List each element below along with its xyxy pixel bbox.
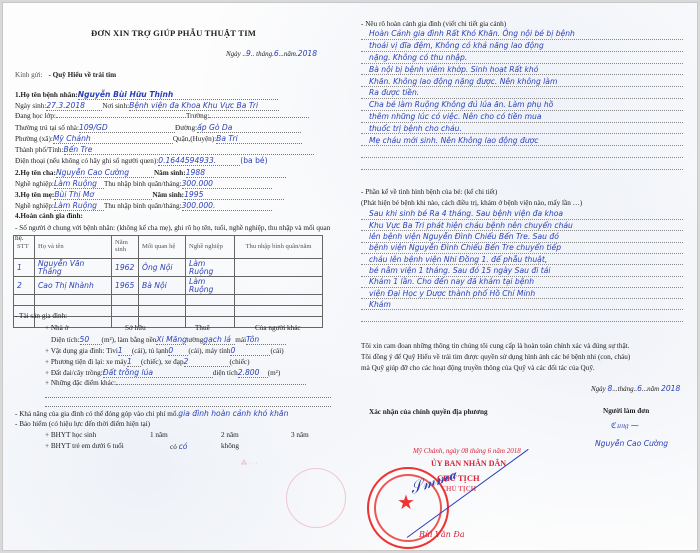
circumstances-line: Khăn. Không lao động nặng được. Nên khôn… bbox=[361, 75, 683, 87]
circumstances-line: Hoàn Cảnh gia đình Rất Khó Khăn. Ông nội… bbox=[361, 28, 683, 40]
fridge-count: 0 bbox=[168, 347, 188, 356]
circumstances-line bbox=[361, 146, 683, 158]
applicant-label: Người làm đơn bbox=[603, 408, 649, 415]
patient-city: Bến Tre bbox=[64, 146, 314, 155]
applicant-name: Nguyễn Cao Cường bbox=[595, 440, 668, 448]
mother-name: Bùi Thị Mơ bbox=[54, 191, 152, 200]
house-option-others: Của người khác bbox=[255, 325, 301, 332]
circumstances-text: Hoàn Cảnh gia đình Rất Khó Khăn. Ông nội… bbox=[369, 30, 575, 38]
circumstances-text: Bà nội bị bệnh viêm khớp. Sinh hoạt Rất … bbox=[369, 66, 538, 74]
col-birth-year: Năm sinh bbox=[112, 236, 139, 259]
illness-line: viện Đại Học y Dược thành phố Hồ Chí Min… bbox=[361, 287, 683, 299]
form-date: Ngày ..9.. tháng.6...năm.2018 bbox=[226, 50, 317, 58]
assets-label: - Tài sản gia đình: bbox=[15, 313, 67, 320]
mother-birth-year: 1995 bbox=[184, 191, 284, 200]
phone-row: Điện thoại (nếu không có hãy ghi số ngườ… bbox=[15, 157, 268, 166]
date-year: 2018 bbox=[298, 49, 317, 58]
illness-label: - Phần kể về tình hình bệnh của bé: (kể … bbox=[361, 189, 497, 196]
col-income: Thu nhập bình quân/năm bbox=[235, 236, 323, 259]
patient-address: 109/GD bbox=[79, 124, 175, 133]
circumstances-line: thoái vị đĩa đệm, Không có khả năng lao … bbox=[361, 40, 683, 52]
bhyt-student-row: + BHYT học sinh 1 năm 2 năm 3 năm bbox=[45, 432, 315, 439]
bhyt-child-yes: có có bbox=[170, 443, 187, 451]
applicant-signature: ℭ𝔲𝔫𝔤 ⁓ bbox=[611, 422, 639, 430]
circumstances-text: thoái vị đĩa đệm, Không có khả năng lao … bbox=[369, 42, 544, 50]
circumstances-text: Khăn. Không lao động nặng được. Nên khôn… bbox=[369, 78, 557, 86]
table-header-row: STT Họ và tên Năm sinh Mối quan hệ Nghề … bbox=[14, 236, 323, 259]
circumstances-line: nặng. Không có thu nhập. bbox=[361, 52, 683, 64]
circumstances-text: Mẹ cháu mới sinh. Nên Không lao động đượ… bbox=[369, 137, 538, 145]
col-stt: STT bbox=[14, 236, 35, 259]
patient-birthplace: Bệnh viện đa Khoa Khu Vực Ba Tri bbox=[129, 102, 279, 111]
illness-line: Sau khi sinh bé Ra 4 tháng. Sau bệnh việ… bbox=[361, 208, 683, 220]
phone-note: (ba bé) bbox=[240, 156, 267, 165]
father-income: 300.000 bbox=[182, 180, 272, 189]
house-option-rented: Thuê bbox=[195, 325, 210, 332]
circumstances-text: nặng. Không có thu nhập. bbox=[369, 54, 467, 62]
form-title: ĐƠN XIN TRỢ GIÚP PHẪU THUẬT TIM bbox=[91, 29, 256, 38]
col-relationship: Mối quan hệ bbox=[139, 236, 186, 259]
bhyt-child-mark: có bbox=[179, 442, 188, 451]
patient-phone: 0.1644594933. bbox=[158, 157, 240, 166]
illness-text: lên bệnh viện Nguyễn Đình Chiểu Bến Tre.… bbox=[369, 233, 559, 241]
table-row: 1 Nguyễn Văn Thắng 1962 Ông Nội Làm Ruộn… bbox=[14, 259, 323, 277]
circumstances-line: thêm những lúc có việc. Nên cho có tiền … bbox=[361, 111, 683, 123]
illness-text: Khám 1 lần. Cho đến nay đã khám tại bệnh bbox=[369, 278, 534, 286]
other-features-row: + Những đặc điểm khác: bbox=[45, 380, 306, 387]
circumstances-text: Ra được tiền. bbox=[369, 89, 419, 97]
father-name: Nguyễn Cao Cường bbox=[56, 169, 154, 178]
table-row: 2 Cao Thị Nhành 1965 Bà Nội Làm Ruộng bbox=[14, 277, 323, 295]
house-option-owned: Sở hữu bbox=[125, 325, 146, 332]
class-row: Đang học lớp:Trường: bbox=[15, 113, 309, 120]
illness-text: viện Đại Học y Dược thành phố Hồ Chí Min… bbox=[369, 290, 535, 298]
address-row: Thường trú tại số nhà:109/GDĐường:ấp Gò … bbox=[15, 124, 301, 133]
patient-district: Ba Tri bbox=[216, 135, 302, 144]
patient-name: Nguyễn Bùi Hữu Thịnh bbox=[78, 91, 278, 100]
declaration-line-2: Tôi đồng ý để Quỹ Hiểu về trái tim được … bbox=[361, 354, 630, 361]
circumstances-line: Ra được tiền. bbox=[361, 87, 683, 99]
illness-line bbox=[361, 310, 683, 322]
illness-line: cháu lên bệnh viện Nhi Đồng 1. để phẫu t… bbox=[361, 253, 683, 265]
patient-school bbox=[209, 117, 309, 118]
patient-class bbox=[56, 117, 186, 118]
roof-material: Tôn bbox=[246, 336, 286, 345]
bhyt-3-year: 3 năm bbox=[291, 432, 309, 439]
bhyt-2-year: 2 năm bbox=[221, 432, 239, 439]
circumstances-line: Mẹ cháu mới sinh. Nên Không lao động đượ… bbox=[361, 134, 683, 146]
stamp-bleed-through: ⁂ · · · bbox=[241, 461, 258, 467]
ward-row: Phường (xã):Mỹ ChánhQuận,(Huyện):Ba Tri bbox=[15, 135, 302, 144]
mother-income: 300.000. bbox=[182, 202, 272, 211]
patient-ward: Mỹ Chánh bbox=[53, 135, 173, 144]
illness-sublabel: (Phát hiện bé bệnh khi nào, cách điều tr… bbox=[361, 200, 582, 207]
illness-text: Khám bbox=[369, 301, 391, 309]
recipient-line: Kính gửi: - Quỹ Hiểu về trái tim bbox=[15, 72, 116, 79]
circumstances-text: thêm những lúc có việc. Nên cho có tiền … bbox=[369, 113, 542, 121]
motorbike-count: 1 bbox=[127, 358, 141, 367]
illness-line: Khám 1 lần. Cho đến nay đã khám tại bệnh bbox=[361, 276, 683, 288]
illness-text: bé nằm viện 1 tháng. Sau đó 15 ngày Sau … bbox=[369, 267, 550, 275]
land-area: 2.800 bbox=[238, 369, 268, 378]
family-section-label: 4.Hoàn cảnh gia đình: bbox=[15, 213, 83, 220]
insurance-label: - Bảo hiểm (có hiệu lực đến thời điểm hi… bbox=[15, 421, 150, 428]
illness-text: Khu Vực Ba Tri phát hiện cháu bệnh nên c… bbox=[369, 222, 573, 230]
blank-line bbox=[45, 391, 331, 398]
circumstances-line: Bà nội bị bệnh viêm khớp. Sinh hoạt Rất … bbox=[361, 63, 683, 75]
circumstances-text: thuốc trị bệnh cho cháu. bbox=[369, 125, 462, 133]
bhyt-child-no: không bbox=[221, 443, 239, 450]
illness-line: bé nằm viện 1 tháng. Sau đó 15 ngày Sau … bbox=[361, 265, 683, 277]
circumstances-line: thuốc trị bệnh cho cháu. bbox=[361, 122, 683, 134]
illness-line: Khu Vực Ba Tri phát hiện cháu bệnh nên c… bbox=[361, 219, 683, 231]
circumstances-line bbox=[361, 158, 683, 170]
stamp-ghost-icon bbox=[286, 468, 346, 528]
city-row: Thành phố/Tỉnh:Bến Tre bbox=[15, 146, 314, 155]
bicycle-count: 2 bbox=[184, 358, 230, 367]
dob-row: Ngày sinh:27.3.2018Nơi sinh:Bệnh viện đa… bbox=[15, 102, 279, 111]
house-row: + Nhà ở Sở hữu Thuê Của người khác bbox=[45, 325, 315, 332]
land-row: + Đất đai/cây trồng:Đất trồng lúadiện tí… bbox=[45, 369, 280, 378]
bhyt-1-year: 1 năm bbox=[150, 432, 168, 439]
bhyt-child-row: + BHYT trẻ em dưới 6 tuổi có có không bbox=[45, 443, 315, 450]
illness-line: bệnh viện Nguyễn Đình Chiểu Bến Tre chuy… bbox=[361, 242, 683, 254]
contribution-value: gia đình hoàn cảnh khó khăn bbox=[178, 409, 288, 418]
father-job-row: Nghề nghiệp:Làm RuộngThu nhập bình quân/… bbox=[15, 180, 272, 189]
illness-text: Sau khi sinh bé Ra 4 tháng. Sau bệnh việ… bbox=[369, 210, 563, 218]
blank-line bbox=[45, 400, 331, 407]
floor-material: Xi Măng bbox=[156, 336, 186, 345]
patient-street: ấp Gò Da bbox=[197, 124, 301, 133]
appliances-row: + Vật dụng gia đình: Tivi1(cái), tủ lạnh… bbox=[45, 347, 284, 356]
illness-text: bệnh viện Nguyễn Đình Chiểu Bến Tre chuy… bbox=[369, 244, 561, 252]
col-name: Họ và tên bbox=[35, 236, 112, 259]
mother-job: Làm Ruộng bbox=[54, 202, 104, 211]
mother-row: 3.Họ tên mẹ:Bùi Thị MơNăm sinh:1995 bbox=[15, 191, 284, 200]
tv-count: 1 bbox=[118, 347, 132, 356]
date-day: 9 bbox=[246, 49, 251, 58]
mother-job-row: Nghề nghiệp:Làm RuộngThu nhập bình quân/… bbox=[15, 202, 272, 211]
circumstances-line: Cha bé làm Ruộng Không đủ lúa ăn. Làm ph… bbox=[361, 99, 683, 111]
declaration-date: Ngày 8...tháng..6...năm 2018 bbox=[591, 385, 680, 393]
contribution-row: - Khả năng của gia đình có thể đóng góp … bbox=[15, 410, 288, 418]
transport-row: + Phương tiện đi lại: xe máy1(chiếc), xe… bbox=[45, 358, 250, 367]
illness-line: lên bệnh viện Nguyễn Đình Chiểu Bến Tre.… bbox=[361, 231, 683, 243]
patient-dob: 27.3.2018 bbox=[46, 102, 102, 111]
illness-text: cháu lên bệnh viện Nhi Đồng 1. để phẫu t… bbox=[369, 256, 547, 264]
father-birth-year: 1988 bbox=[186, 169, 286, 178]
illness-line: Khám bbox=[361, 298, 683, 310]
other-features bbox=[116, 384, 306, 385]
wall-material: gạch lá bbox=[203, 336, 235, 345]
recipient: - Quỹ Hiểu về trái tim bbox=[48, 71, 116, 79]
date-month: 6 bbox=[274, 49, 279, 58]
computer-count: 0 bbox=[230, 347, 270, 356]
table-row bbox=[14, 295, 323, 306]
patient-name-row: 1.Họ tên bệnh nhân:Nguyễn Bùi Hữu Thịnh bbox=[15, 91, 278, 100]
father-job: Làm Ruộng bbox=[54, 180, 104, 189]
father-row: 2.Họ tên cha:Nguyễn Cao CườngNăm sinh:19… bbox=[15, 169, 286, 178]
declaration-line-1: Tôi xin cam đoan những thông tin chúng t… bbox=[361, 343, 629, 350]
col-occupation: Nghề nghiệp bbox=[186, 236, 235, 259]
area-row: Diện tích:50(m²), làm bằng nềnXi Măngtườ… bbox=[51, 336, 286, 345]
declaration-line-3: mà Quỹ giúp đỡ cho các hoạt động truyền … bbox=[361, 365, 595, 372]
official-name: Bùi Văn Đa bbox=[419, 531, 465, 539]
application-form-page: ĐƠN XIN TRỢ GIÚP PHẪU THUẬT TIM Ngày ..9… bbox=[2, 2, 698, 551]
land-use: Đất trồng lúa bbox=[103, 369, 213, 378]
stamp-date: Mỹ Chánh, ngày 08 tháng 6 năm 2018 bbox=[413, 448, 521, 455]
circumstances-text: Cha bé làm Ruộng Không đủ lúa ăn. Làm ph… bbox=[369, 101, 553, 109]
house-area: 50 bbox=[80, 336, 102, 345]
local-gov-label: Xác nhận của chính quyền địa phương bbox=[369, 409, 488, 416]
